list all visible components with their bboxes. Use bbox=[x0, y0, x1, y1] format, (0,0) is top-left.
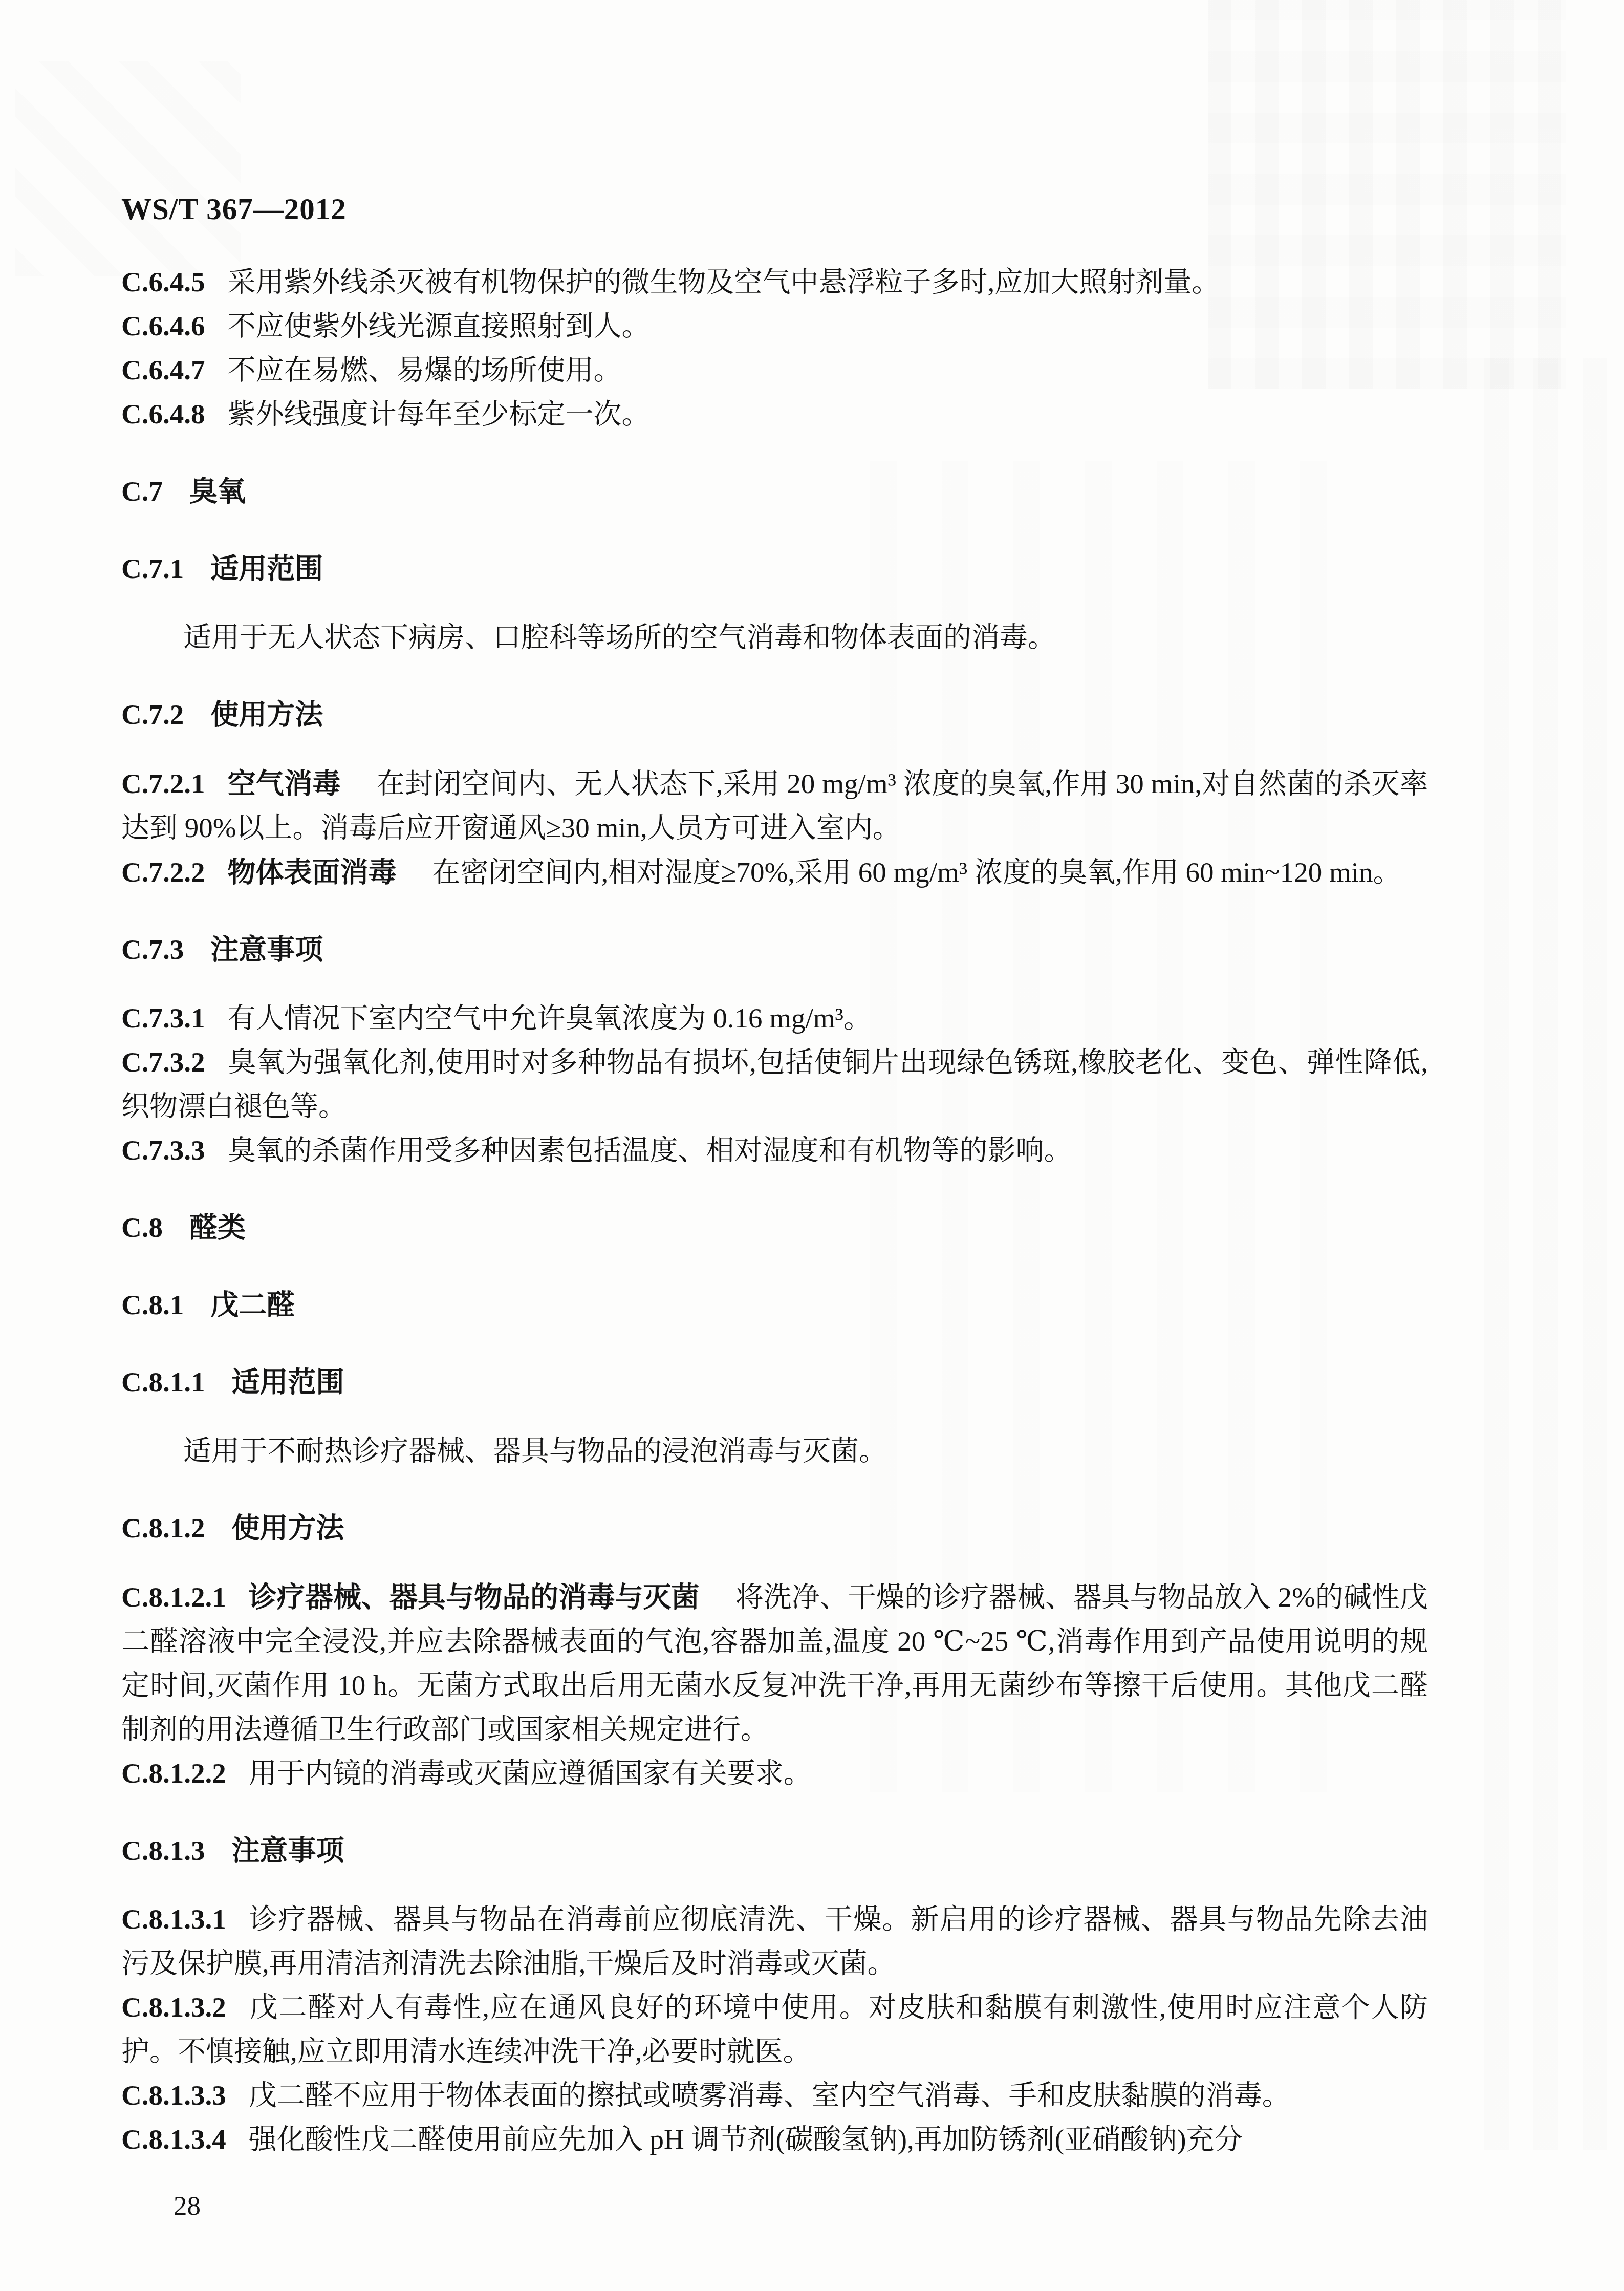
section-number: C.8.1.1 bbox=[121, 1366, 205, 1398]
document-page: WS/T 367—2012 C.6.4.5采用紫外线杀灭被有机物保护的微生物及空… bbox=[0, 0, 1624, 2291]
section-number: C.8.1.2 bbox=[121, 1512, 205, 1544]
clause-paragraph: C.6.4.5采用紫外线杀灭被有机物保护的微生物及空气中悬浮粒子多时,应加大照射… bbox=[121, 260, 1428, 304]
clause-paragraph: C.7.3.1有人情况下室内空气中允许臭氧浓度为 0.16 mg/m³。 bbox=[121, 996, 1428, 1040]
clause-text: 紫外线强度计每年至少标定一次。 bbox=[227, 398, 649, 430]
clause-paragraph: C.7.2.2物体表面消毒在密闭空间内,相对湿度≥70%,采用 60 mg/m³… bbox=[121, 850, 1428, 894]
page-number: 28 bbox=[174, 2184, 1428, 2228]
section-heading-c7-2: C.7.2使用方法 bbox=[121, 692, 1428, 737]
clause-number: C.6.4.7 bbox=[121, 354, 205, 386]
section-heading-c8-1: C.8.1戊二醛 bbox=[121, 1282, 1428, 1327]
section-title: 注意事项 bbox=[210, 933, 323, 965]
clause-paragraph: C.6.4.6不应使紫外线光源直接照射到人。 bbox=[121, 304, 1428, 348]
clause-group-uv: C.6.4.5采用紫外线杀灭被有机物保护的微生物及空气中悬浮粒子多时,应加大照射… bbox=[121, 260, 1428, 436]
section-heading-c7: C.7臭氧 bbox=[121, 469, 1428, 513]
clause-number: C.7.2.2 bbox=[121, 857, 205, 888]
clause-number: C.7.3.3 bbox=[121, 1134, 205, 1166]
clause-text: 有人情况下室内空气中允许臭氧浓度为 0.16 mg/m³。 bbox=[227, 1002, 872, 1034]
clause-text: 诊疗器械、器具与物品在消毒前应彻底清洗、干燥。新启用的诊疗器械、器具与物品先除去… bbox=[121, 1903, 1428, 1979]
section-number: C.8.1.3 bbox=[121, 1835, 205, 1866]
section-number: C.7 bbox=[121, 476, 163, 507]
clause-number: C.8.1.3.2 bbox=[121, 1992, 226, 2023]
clause-run-in-title: 空气消毒 bbox=[227, 767, 340, 799]
clause-text: 臭氧为强氧化剂,使用时对多种物品有损坏,包括使铜片出现绿色锈斑,橡胶老化、变色、… bbox=[121, 1046, 1428, 1122]
section-title: 臭氧 bbox=[189, 475, 246, 507]
clause-text: 采用紫外线杀灭被有机物保护的微生物及空气中悬浮粒子多时,应加大照射剂量。 bbox=[227, 266, 1220, 297]
clause-number: C.7.3.1 bbox=[121, 1002, 205, 1034]
clause-number: C.8.1.3.1 bbox=[121, 1903, 226, 1935]
clause-group-ozone-use: C.7.2.1空气消毒在封闭空间内、无人状态下,采用 20 mg/m³ 浓度的臭… bbox=[121, 761, 1428, 894]
section-heading-c8-1-3: C.8.1.3注意事项 bbox=[121, 1828, 1428, 1873]
section-number: C.7.1 bbox=[121, 553, 184, 584]
section-number: C.8.1 bbox=[121, 1289, 184, 1320]
clause-number: C.8.1.3.3 bbox=[121, 2080, 226, 2111]
clause-paragraph: C.8.1.3.4强化酸性戊二醛使用前应先加入 pH 调节剂(碳酸氢钠),再加防… bbox=[121, 2117, 1428, 2161]
clause-text: 臭氧的杀菌作用受多种因素包括温度、相对湿度和有机物等的影响。 bbox=[227, 1134, 1072, 1166]
clause-text: 不应在易燃、易爆的场所使用。 bbox=[227, 354, 621, 386]
section-heading-c8-1-1: C.8.1.1适用范围 bbox=[121, 1360, 1428, 1404]
clause-text: 不应使紫外线光源直接照射到人。 bbox=[227, 310, 649, 341]
intro-paragraph: 适用于不耐热诊疗器械、器具与物品的浸泡消毒与灭菌。 bbox=[121, 1429, 1428, 1473]
clause-paragraph: C.6.4.8紫外线强度计每年至少标定一次。 bbox=[121, 392, 1428, 436]
clause-number: C.8.1.3.4 bbox=[121, 2124, 226, 2155]
clause-paragraph: C.6.4.7不应在易燃、易爆的场所使用。 bbox=[121, 348, 1428, 392]
clause-text: 用于内镜的消毒或灭菌应遵循国家有关要求。 bbox=[249, 1758, 812, 1789]
scan-artifact bbox=[1484, 358, 1624, 2150]
standard-number: WS/T 367—2012 bbox=[121, 190, 1428, 227]
section-title: 适用范围 bbox=[231, 1366, 344, 1398]
section-title: 戊二醛 bbox=[210, 1289, 295, 1320]
clause-paragraph: C.7.2.1空气消毒在封闭空间内、无人状态下,采用 20 mg/m³ 浓度的臭… bbox=[121, 761, 1428, 850]
paragraph-text: 适用于无人状态下病房、口腔科等场所的空气消毒和物体表面的消毒。 bbox=[183, 622, 1056, 653]
section-heading-c8: C.8醛类 bbox=[121, 1205, 1428, 1250]
clause-paragraph: C.7.3.3臭氧的杀菌作用受多种因素包括温度、相对湿度和有机物等的影响。 bbox=[121, 1128, 1428, 1172]
clause-group-glutaraldehyde-notes: C.8.1.3.1诊疗器械、器具与物品在消毒前应彻底清洗、干燥。新启用的诊疗器械… bbox=[121, 1897, 1428, 2161]
clause-number: C.6.4.8 bbox=[121, 398, 205, 430]
clause-paragraph: C.8.1.2.1诊疗器械、器具与物品的消毒与灭菌将洗净、干燥的诊疗器械、器具与… bbox=[121, 1575, 1428, 1751]
clause-paragraph: C.8.1.3.1诊疗器械、器具与物品在消毒前应彻底清洗、干燥。新启用的诊疗器械… bbox=[121, 1897, 1428, 1985]
section-title: 醛类 bbox=[189, 1211, 246, 1243]
clause-paragraph: C.8.1.3.3戊二醛不应用于物体表面的擦拭或喷雾消毒、室内空气消毒、手和皮肤… bbox=[121, 2073, 1428, 2117]
clause-number: C.8.1.2.1 bbox=[121, 1581, 226, 1613]
clause-run-in-title: 诊疗器械、器具与物品的消毒与灭菌 bbox=[249, 1581, 700, 1613]
section-number: C.7.3 bbox=[121, 934, 184, 965]
intro-paragraph: 适用于无人状态下病房、口腔科等场所的空气消毒和物体表面的消毒。 bbox=[121, 615, 1428, 659]
clause-number: C.8.1.2.2 bbox=[121, 1758, 226, 1789]
section-number: C.7.2 bbox=[121, 699, 184, 730]
clause-text: 戊二醛不应用于物体表面的擦拭或喷雾消毒、室内空气消毒、手和皮肤黏膜的消毒。 bbox=[249, 2080, 1290, 2111]
clause-paragraph: C.8.1.2.2用于内镜的消毒或灭菌应遵循国家有关要求。 bbox=[121, 1751, 1428, 1795]
page-content: WS/T 367—2012 C.6.4.5采用紫外线杀灭被有机物保护的微生物及空… bbox=[121, 190, 1428, 2228]
clause-number: C.7.2.1 bbox=[121, 768, 205, 799]
section-heading-c8-1-2: C.8.1.2使用方法 bbox=[121, 1506, 1428, 1550]
clause-text: 在密闭空间内,相对湿度≥70%,采用 60 mg/m³ 浓度的臭氧,作用 60 … bbox=[432, 857, 1401, 888]
paragraph-text: 适用于不耐热诊疗器械、器具与物品的浸泡消毒与灭菌。 bbox=[183, 1435, 887, 1466]
clause-number: C.6.4.5 bbox=[121, 266, 205, 297]
clause-text: 强化酸性戊二醛使用前应先加入 pH 调节剂(碳酸氢钠),再加防锈剂(亚硝酸钠)充… bbox=[249, 2124, 1243, 2155]
clause-number: C.7.3.2 bbox=[121, 1046, 205, 1078]
clause-group-glutaraldehyde-use: C.8.1.2.1诊疗器械、器具与物品的消毒与灭菌将洗净、干燥的诊疗器械、器具与… bbox=[121, 1575, 1428, 1795]
section-title: 使用方法 bbox=[231, 1512, 344, 1544]
section-number: C.8 bbox=[121, 1212, 163, 1243]
clause-run-in-title: 物体表面消毒 bbox=[227, 856, 396, 888]
section-title: 使用方法 bbox=[210, 698, 323, 730]
clause-group-ozone-notes: C.7.3.1有人情况下室内空气中允许臭氧浓度为 0.16 mg/m³。 C.7… bbox=[121, 996, 1428, 1172]
section-heading-c7-3: C.7.3注意事项 bbox=[121, 927, 1428, 972]
section-title: 适用范围 bbox=[210, 552, 323, 584]
section-heading-c7-1: C.7.1适用范围 bbox=[121, 546, 1428, 591]
clause-paragraph: C.8.1.3.2戊二醛对人有毒性,应在通风良好的环境中使用。对皮肤和黏膜有刺激… bbox=[121, 1985, 1428, 2073]
clause-paragraph: C.7.3.2臭氧为强氧化剂,使用时对多种物品有损坏,包括使铜片出现绿色锈斑,橡… bbox=[121, 1040, 1428, 1128]
clause-number: C.6.4.6 bbox=[121, 310, 205, 341]
section-title: 注意事项 bbox=[231, 1834, 344, 1866]
clause-text: 戊二醛对人有毒性,应在通风良好的环境中使用。对皮肤和黏膜有刺激性,使用时应注意个… bbox=[121, 1992, 1428, 2067]
